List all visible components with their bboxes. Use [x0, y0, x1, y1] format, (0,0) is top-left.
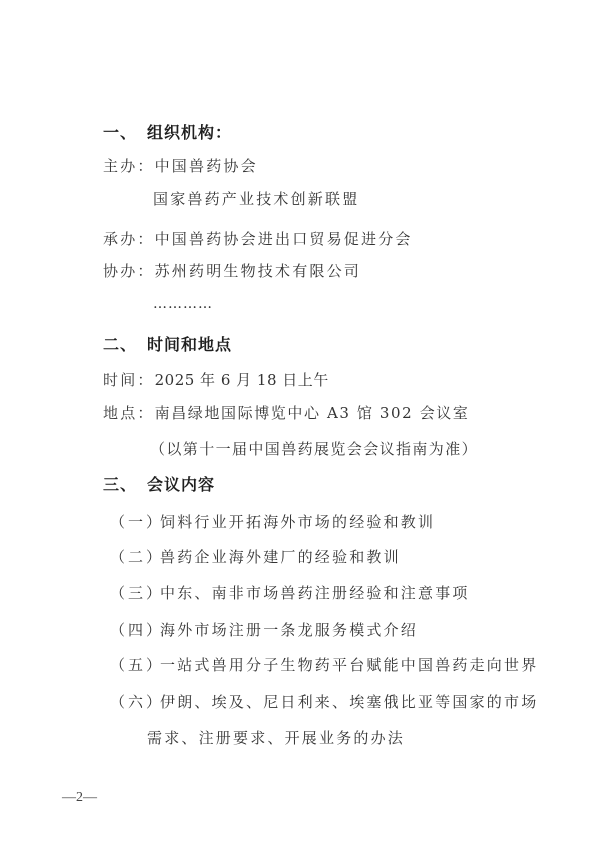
host-label: 主办： — [103, 157, 155, 175]
agenda-item: （六）伊朗、埃及、尼日利来、埃塞俄比亚等国家的市场 — [110, 692, 538, 712]
section-title: 会议内容 — [147, 475, 215, 494]
agenda-item-number: （二） — [110, 547, 160, 567]
section-heading-content: 三、会议内容 — [103, 475, 215, 495]
section-number: 二、 — [103, 335, 137, 354]
agenda-item-text: 海外市场注册一条龙服务模式介绍 — [160, 621, 418, 639]
undertake-value: 中国兽药协会进出口贸易促进分会 — [155, 230, 413, 248]
page-number: —2— — [62, 790, 97, 806]
agenda-item-text: 饲料行业开拓海外市场的经验和教训 — [160, 513, 435, 531]
agenda-item-number: （五） — [110, 655, 160, 675]
agenda-item: （一）饲料行业开拓海外市场的经验和教训 — [110, 512, 435, 532]
agenda-item-text: 一站式兽用分子生物药平台赋能中国兽药走向世界 — [160, 656, 538, 674]
agenda-item: （三）中东、南非市场兽药注册经验和注意事项 — [110, 583, 470, 603]
agenda-item-text: 伊朗、埃及、尼日利来、埃塞俄比亚等国家的市场 — [160, 693, 538, 711]
section-number: 一、 — [103, 123, 137, 142]
section-heading-organization: 一、组织机构： — [103, 123, 232, 143]
host-value: 中国兽药协会 — [155, 157, 258, 175]
undertake-label: 承办： — [103, 230, 155, 248]
place-value: 南昌绿地国际博览中心 A3 馆 302 会议室 — [155, 404, 470, 422]
place-note-row: （以第十一届中国兽药展览会会议指南为准） — [150, 439, 478, 459]
place-label: 地点： — [103, 404, 155, 422]
organizer-host-row: 主办：中国兽药协会 — [103, 156, 258, 176]
place-row: 地点：南昌绿地国际博览中心 A3 馆 302 会议室 — [103, 403, 470, 423]
section-heading-time-place: 二、时间和地点 — [103, 335, 232, 355]
assist-label: 协办： — [103, 262, 155, 280]
place-note: （以第十一届中国兽药展览会会议指南为准） — [150, 440, 478, 458]
section-number: 三、 — [103, 475, 137, 494]
agenda-item: （四）海外市场注册一条龙服务模式介绍 — [110, 620, 418, 640]
time-row: 时间：2025 年 6 月 18 日上午 — [103, 370, 329, 390]
agenda-item: （五）一站式兽用分子生物药平台赋能中国兽药走向世界 — [110, 655, 538, 675]
ellipsis: ………… — [153, 296, 213, 312]
organizer-undertake-row: 承办：中国兽药协会进出口贸易促进分会 — [103, 229, 413, 249]
agenda-item-continuation: 需求、注册要求、开展业务的办法 — [147, 728, 405, 748]
agenda-item-number: （三） — [110, 583, 160, 603]
agenda-item-number: （六） — [110, 692, 160, 712]
section-title: 时间和地点 — [147, 335, 232, 354]
agenda-item-number: （一） — [110, 512, 160, 532]
agenda-item-number: （四） — [110, 620, 160, 640]
section-title: 组织机构： — [147, 123, 232, 142]
agenda-item-text-continued: 需求、注册要求、开展业务的办法 — [147, 729, 405, 747]
time-value: 2025 年 6 月 18 日上午 — [155, 371, 329, 389]
assist-value: 苏州药明生物技术有限公司 — [155, 262, 361, 280]
organizer-host-row-2: 国家兽药产业技术创新联盟 — [153, 189, 359, 209]
host-value-2: 国家兽药产业技术创新联盟 — [153, 190, 359, 208]
ellipsis-row: ………… — [153, 294, 213, 314]
agenda-item-text: 兽药企业海外建厂的经验和教训 — [160, 548, 401, 566]
agenda-item: （二）兽药企业海外建厂的经验和教训 — [110, 547, 401, 567]
agenda-item-text: 中东、南非市场兽药注册经验和注意事项 — [160, 584, 470, 602]
organizer-assist-row: 协办：苏州药明生物技术有限公司 — [103, 261, 361, 281]
time-label: 时间： — [103, 371, 155, 389]
